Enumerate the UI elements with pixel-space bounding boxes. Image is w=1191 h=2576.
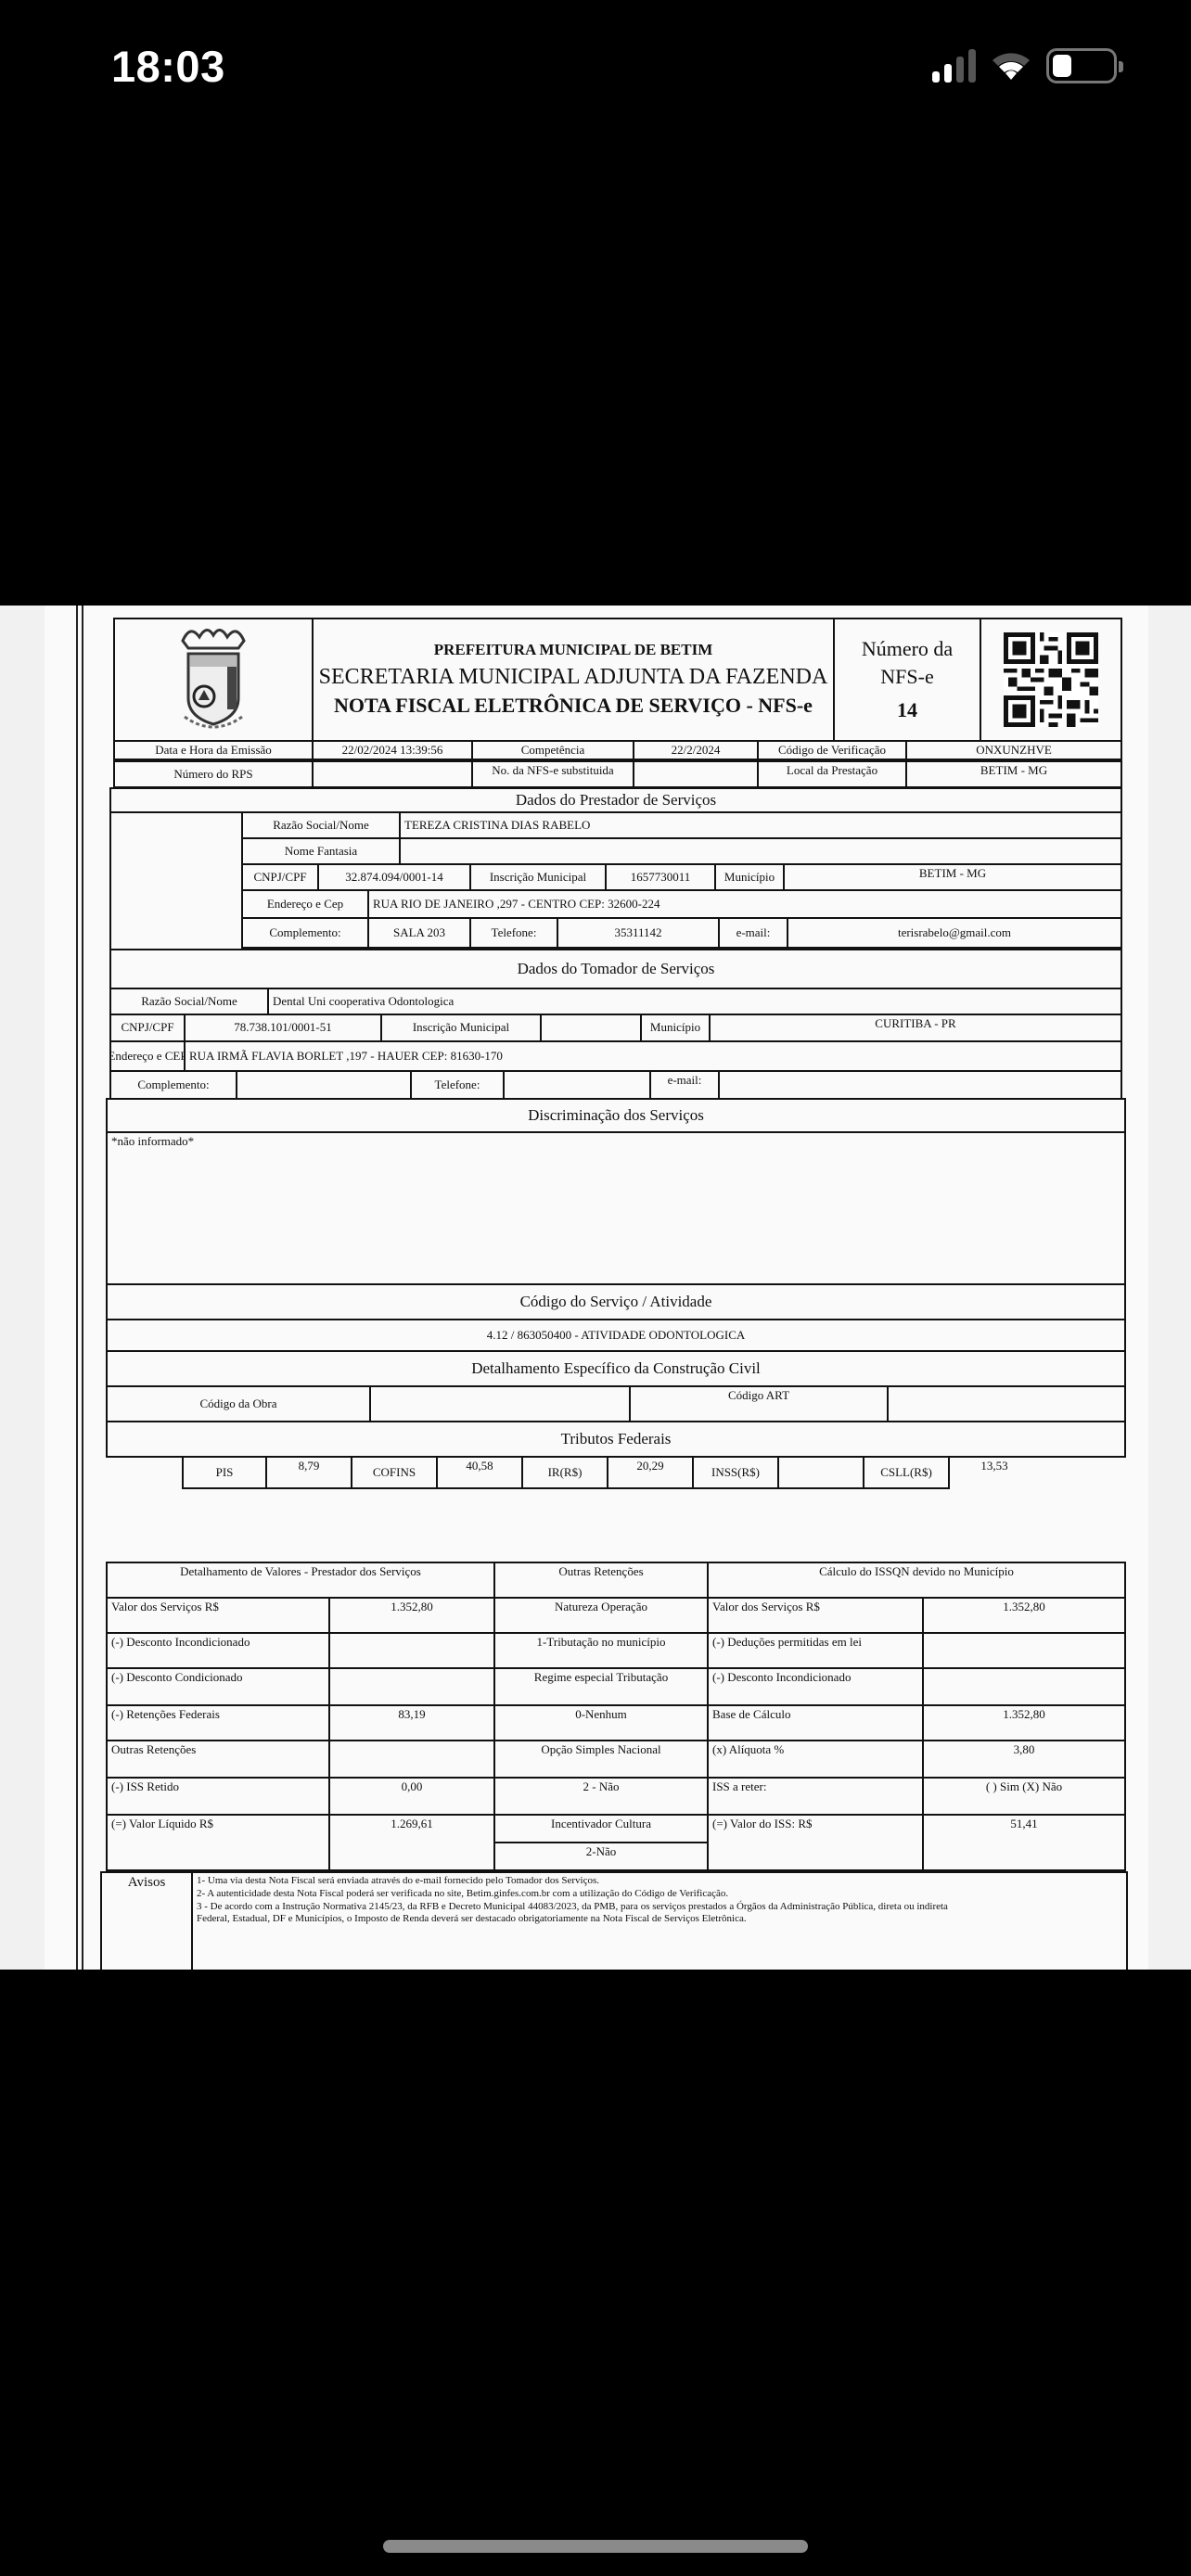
issqn-row-value: ( ) Sim (X) Não [922,1777,1126,1816]
valores-row-label: (-) Desconto Incondicionado [106,1632,330,1669]
prestador-cnpj-label: CNPJ/CPF [241,863,319,891]
prestador-inscricao-label: Inscrição Municipal [469,863,607,891]
issqn-row-label: (=) Valor do ISS: R$ [707,1814,924,1871]
codigo-obra-label: Código da Obra [106,1385,371,1422]
tomador-email-label: e-mail: [649,1070,720,1100]
prestador-complemento-value: SALA 203 [367,917,471,949]
valores-row-label: Outras Retenções [106,1740,330,1779]
codigo-art-value [887,1385,1126,1422]
numero-nfse-cell: Número da NFS-e 14 [833,618,981,742]
prefeitura-title: PREFEITURA MUNICIPAL DE BETIM [434,642,713,659]
document-photo-lower[interactable]: Endereço e CEP RUA IRMÃ FLAVIA BORLET ,1… [0,1042,1191,1970]
outras-retencoes-section-title: Outras Retenções [493,1562,709,1599]
title-cell: PREFEITURA MUNICIPAL DE BETIM SECRETARIA… [312,618,835,742]
emissao-value: 22/02/2024 13:39:56 [312,740,473,760]
outras-retencoes-item: Opção Simples Nacional [493,1740,709,1779]
tomador-section-title: Dados do Tomador de Serviços [109,949,1122,989]
avisos-label: Avisos [100,1871,193,1970]
prestador-blank-cell [109,811,243,950]
tomador-inscricao-label: Inscrição Municipal [380,1014,542,1042]
tributo-cofins-value: 40,58 [436,1456,523,1489]
status-icons [932,48,1117,83]
issqn-row-value: 1.352,80 [922,1597,1126,1634]
prestador-endereco-value: RUA RIO DE JANEIRO ,297 - CENTRO CEP: 32… [367,889,1122,919]
aviso-line[interactable]: 2- A autenticidade desta Nota Fiscal pod… [197,1888,728,1901]
issqn-row-label: (x) Alíquota % [707,1740,924,1779]
fold-line [76,1042,78,1970]
tomador-telefone-label: Telefone: [410,1070,505,1100]
prestador-razao-label: Razão Social/Nome [241,811,401,839]
outras-retencoes-item: Regime especial Tributação [493,1667,709,1706]
tomador-email-value [718,1070,1122,1100]
prestador-cnpj-value: 32.874.094/0001-14 [317,863,471,891]
tomador-razao-value: Dental Uni cooperativa Odontologica [267,988,1122,1015]
issqn-row-label: ISS a reter: [707,1777,924,1816]
valores-row-value: 1.352,80 [328,1597,495,1634]
issqn-row-value [922,1632,1126,1669]
codigo-obra-value [369,1385,631,1422]
nfse-label: NFS-e [880,663,933,691]
issqn-row-value [922,1667,1126,1706]
background [0,1970,1191,2576]
valores-section-title: Detalhamento de Valores - Prestador dos … [106,1562,495,1599]
prestador-telefone-value: 35311142 [557,917,720,949]
emissao-label: Data e Hora da Emissão [113,740,314,760]
tomador-inscricao-value [540,1014,642,1042]
codigo-servico-section-title: Código do Serviço / Atividade [106,1283,1126,1320]
competencia-value: 22/2/2024 [633,740,759,760]
prestador-endereco-label: Endereço e Cep [241,889,369,919]
tomador-endereco-label: Endereço e CEP [109,1042,186,1072]
tributo-pis-value: 8,79 [265,1456,352,1489]
codigo-art-label: Código ART [629,1385,889,1422]
construcao-civil-section-title: Detalhamento Específico da Construção Ci… [106,1350,1126,1387]
nota-fiscal-title: NOTA FISCAL ELETRÔNICA DE SERVIÇO - NFS-… [334,695,813,717]
tomador-cnpj-value: 78.738.101/0001-51 [184,1014,382,1042]
issqn-row-label: (-) Desconto Incondicionado [707,1667,924,1706]
home-indicator[interactable] [383,2540,808,2553]
tomador-municipio-value: CURITIBA - PR [709,1014,1122,1042]
tomador-complemento-label: Complemento: [109,1070,237,1100]
aviso-line: Federal, Estadual, DF e Municípios, o Im… [197,1913,747,1926]
logo-cell [113,618,314,742]
issqn-section-title: Cálculo do ISSQN devido no Município [707,1562,1126,1599]
prestador-email-value[interactable]: terisrabelo@gmail.com [787,917,1122,949]
nfse-substituida-label: No. da NFS-e substituida [471,760,634,788]
prestador-municipio-value: BETIM - MG [783,863,1122,891]
prestador-razao-value: TEREZA CRISTINA DIAS RABELO [399,811,1122,839]
outras-retencoes-item: 2 - Não [493,1777,709,1816]
valores-row-value: 0,00 [328,1777,495,1816]
nfse-document: PREFEITURA MUNICIPAL DE BETIM SECRETARIA… [0,606,1191,1042]
valores-row-value [328,1667,495,1706]
valores-row-label: (=) Valor Líquido R$ [106,1814,330,1871]
outras-retencoes-item: Natureza Operação [493,1597,709,1634]
outras-retencoes-item: 0-Nenhum [493,1704,709,1741]
prestador-email-label: e-mail: [718,917,788,949]
battery-icon [1046,48,1117,83]
tomador-cnpj-label: CNPJ/CPF [109,1014,186,1042]
prestador-fantasia-value [399,837,1122,865]
aviso-line: 1- Uma via desta Nota Fiscal será enviad… [197,1875,599,1888]
tributo-pis-label: PIS [182,1456,267,1489]
valores-row-label: (-) ISS Retido [106,1777,330,1816]
status-time: 18:03 [111,41,225,92]
valores-row-value: 1.269,61 [328,1814,495,1871]
discriminacao-text: *não informado* [106,1131,1126,1285]
tomador-razao-label: Razão Social/Nome [109,988,269,1015]
rps-value [312,760,473,788]
issqn-row-label: Base de Cálculo [707,1704,924,1741]
outras-retencoes-item: Incentivador Cultura [493,1814,709,1843]
local-prestacao-label: Local da Prestação [757,760,907,788]
qr-cell [980,618,1122,742]
prestador-section-title: Dados do Prestador de Serviços [109,787,1122,813]
prestador-inscricao-value: 1657730011 [605,863,716,891]
issqn-row-label: Valor dos Serviços R$ [707,1597,924,1634]
issqn-row-value: 1.352,80 [922,1704,1126,1741]
document-photo[interactable]: PREFEITURA MUNICIPAL DE BETIM SECRETARIA… [0,606,1191,1042]
numero-label: Número da [862,635,953,663]
cellular-signal-icon [932,49,976,83]
valores-row-value [328,1740,495,1779]
nfse-substituida-value [633,760,759,788]
aviso-line: 3 - De acordo com a Instrução Normativa … [197,1901,948,1914]
nfse-number: 14 [897,696,917,724]
tributo-cofins-label: COFINS [351,1456,438,1489]
valores-row-label: Valor dos Serviços R$ [106,1597,330,1634]
qr-code-icon[interactable] [1004,632,1098,727]
issqn-row-label: (-) Deduções permitidas em lei [707,1632,924,1669]
tributos-federais-section-title: Tributos Federais [106,1421,1126,1458]
wifi-icon [989,49,1033,83]
valores-row-label: (-) Desconto Condicionado [106,1667,330,1706]
secretaria-title: SECRETARIA MUNICIPAL ADJUNTA DA FAZENDA [319,665,828,689]
tributo-ir-label: IR(R$) [521,1456,608,1489]
tomador-municipio-label: Município [640,1014,711,1042]
valores-row-value [328,1632,495,1669]
avisos-text: 1- Uma via desta Nota Fiscal será enviad… [191,1871,1128,1970]
prestador-fantasia-label: Nome Fantasia [241,837,401,865]
codigo-verificacao-label: Código de Verificação [757,740,907,760]
fold-line [82,1042,83,1970]
valores-row-value: 83,19 [328,1704,495,1741]
rps-label: Número do RPS [113,760,314,788]
tributo-ir-value: 20,29 [607,1456,694,1489]
codigo-servico-value: 4.12 / 863050400 - ATIVIDADE ODONTOLOGIC… [106,1319,1126,1352]
prestador-municipio-label: Município [714,863,785,891]
codigo-verificacao-value: ONXUNZHVE [905,740,1122,760]
outras-retencoes-item: 1-Tributação no município [493,1632,709,1669]
tributo-csll-label: CSLL(R$) [863,1456,950,1489]
tomador-endereco-value: RUA IRMÃ FLAVIA BORLET ,197 - HAUER CEP:… [184,1042,1122,1072]
prestador-telefone-label: Telefone: [469,917,558,949]
discriminacao-section-title: Discriminação dos Serviços [106,1098,1126,1133]
coat-of-arms-icon [172,624,255,735]
tomador-complemento-value [236,1070,412,1100]
prestador-complemento-label: Complemento: [241,917,369,949]
tributo-inss-label: INSS(R$) [692,1456,779,1489]
outras-retencoes-item: 2-Não [493,1842,709,1871]
tomador-telefone-value [503,1070,651,1100]
valores-row-label: (-) Retenções Federais [106,1704,330,1741]
issqn-row-value: 3,80 [922,1740,1126,1779]
tributo-csll-value: 13,53 [948,1456,1041,1489]
local-prestacao-value: BETIM - MG [905,760,1122,788]
issqn-row-value: 51,41 [922,1814,1126,1871]
tributo-inss-value [777,1456,864,1489]
competencia-label: Competência [471,740,634,760]
